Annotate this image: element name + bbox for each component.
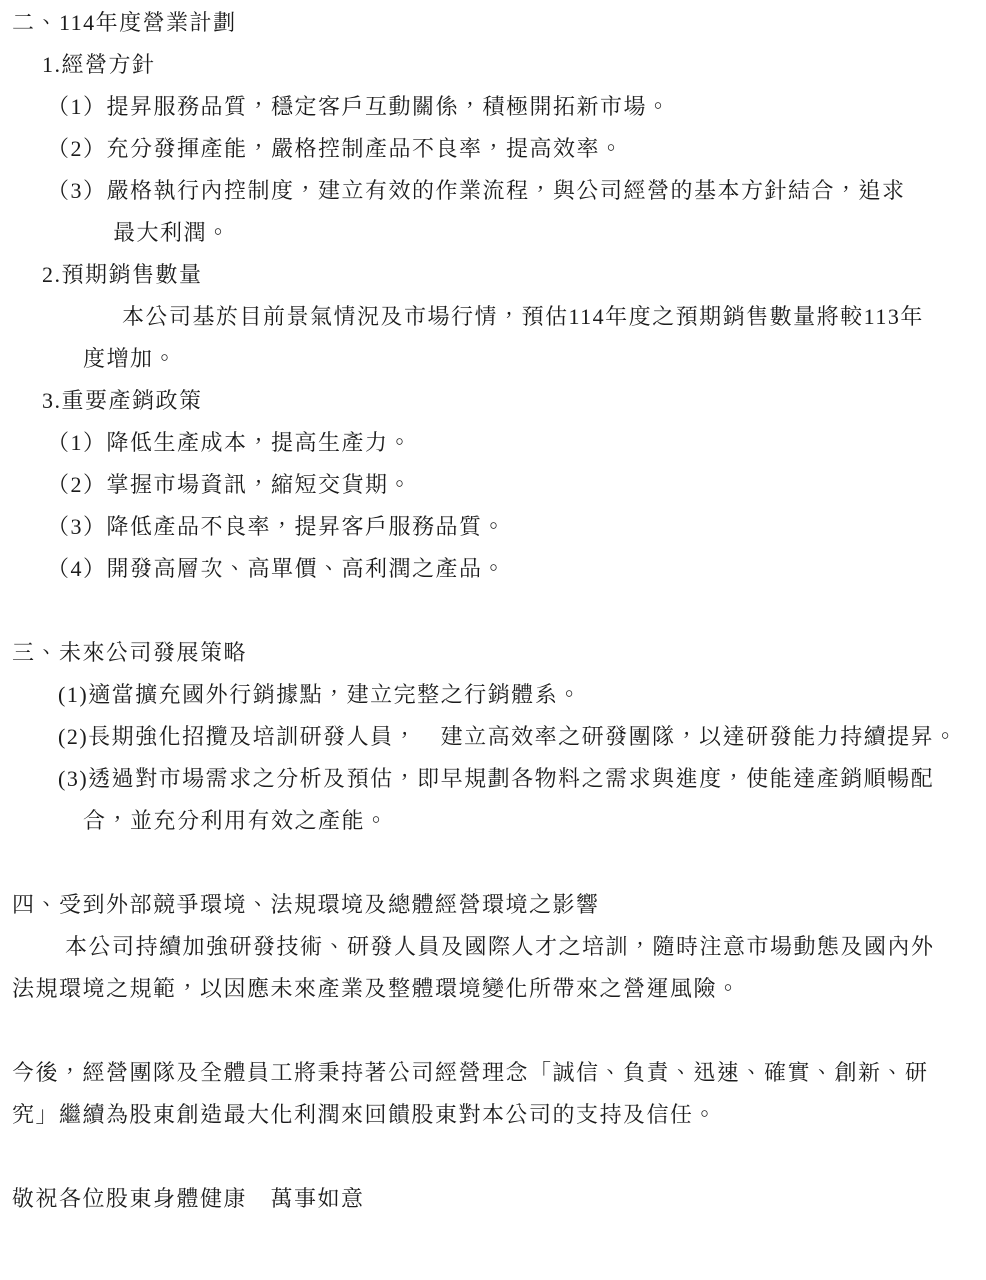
list-item-line: (1)適當擴充國外行銷據點，建立完整之行銷體系。: [58, 674, 986, 716]
paragraph-continuation: 度增加。: [83, 338, 986, 380]
document-page: 二、114年度營業計劃 1.經營方針 （1）提昇服務品質，穩定客戶互動關係，積極…: [0, 0, 986, 1280]
list-item-line: （1）降低生產成本，提高生產力。: [47, 422, 986, 464]
list-item-line: （1）提昇服務品質，穩定客戶互動關係，積極開拓新市場。: [47, 86, 986, 128]
list-item-line: （2）充分發揮產能，嚴格控制產品不良率，提高效率。: [47, 128, 986, 170]
paragraph-continuation: 法規環境之規範，以因應未來產業及整體環境變化所帶來之營運風險。: [12, 968, 986, 1010]
list-item-line: （3）嚴格執行內控制度，建立有效的作業流程，與公司經營的基本方針結合，追求: [47, 170, 986, 212]
well-wishing-line: 敬祝各位股東身體健康 萬事如意: [12, 1178, 986, 1220]
list-item-continuation: 最大利潤。: [113, 212, 986, 254]
list-item-line: (2)長期強化招攬及培訓研發人員， 建立高效率之研發團隊，以達研發能力持續提昇。: [58, 716, 986, 758]
section-3-heading: 三、未來公司發展策略: [12, 632, 986, 674]
list-item-line: （3）降低產品不良率，提昇客戶服務品質。: [47, 506, 986, 548]
document-body: 二、114年度營業計劃 1.經營方針 （1）提昇服務品質，穩定客戶互動關係，積極…: [0, 0, 986, 1220]
list-item-line: （4）開發高層次、高單價、高利潤之產品。: [47, 548, 986, 590]
list-item-continuation: 合，並充分利用有效之產能。: [83, 800, 986, 842]
paragraph-line: 本公司基於目前景氣情況及市場行情，預估114年度之預期銷售數量將較113年: [122, 296, 986, 338]
closing-paragraph-line: 今後，經營團隊及全體員工將秉持著公司經營理念「誠信、負責、迅速、確實、創新、研: [12, 1052, 986, 1094]
section-2-heading: 二、114年度營業計劃: [12, 2, 986, 44]
list-item-line: (3)透過對市場需求之分析及預估，即早規劃各物料之需求與進度，使能達產銷順暢配: [58, 758, 986, 800]
subsection-2-2-heading: 2.預期銷售數量: [42, 254, 986, 296]
section-4-heading: 四、受到外部競爭環境、法規環境及總體經營環境之影響: [12, 884, 986, 926]
subsection-2-1-heading: 1.經營方針: [42, 44, 986, 86]
list-item-line: （2）掌握市場資訊，縮短交貨期。: [47, 464, 986, 506]
paragraph-line: 本公司持續加強研發技術、研發人員及國際人才之培訓，隨時注意市場動態及國內外: [65, 926, 986, 968]
subsection-2-3-heading: 3.重要產銷政策: [42, 380, 986, 422]
closing-paragraph-continuation: 究」繼續為股東創造最大化利潤來回饋股東對本公司的支持及信任。: [12, 1094, 986, 1136]
